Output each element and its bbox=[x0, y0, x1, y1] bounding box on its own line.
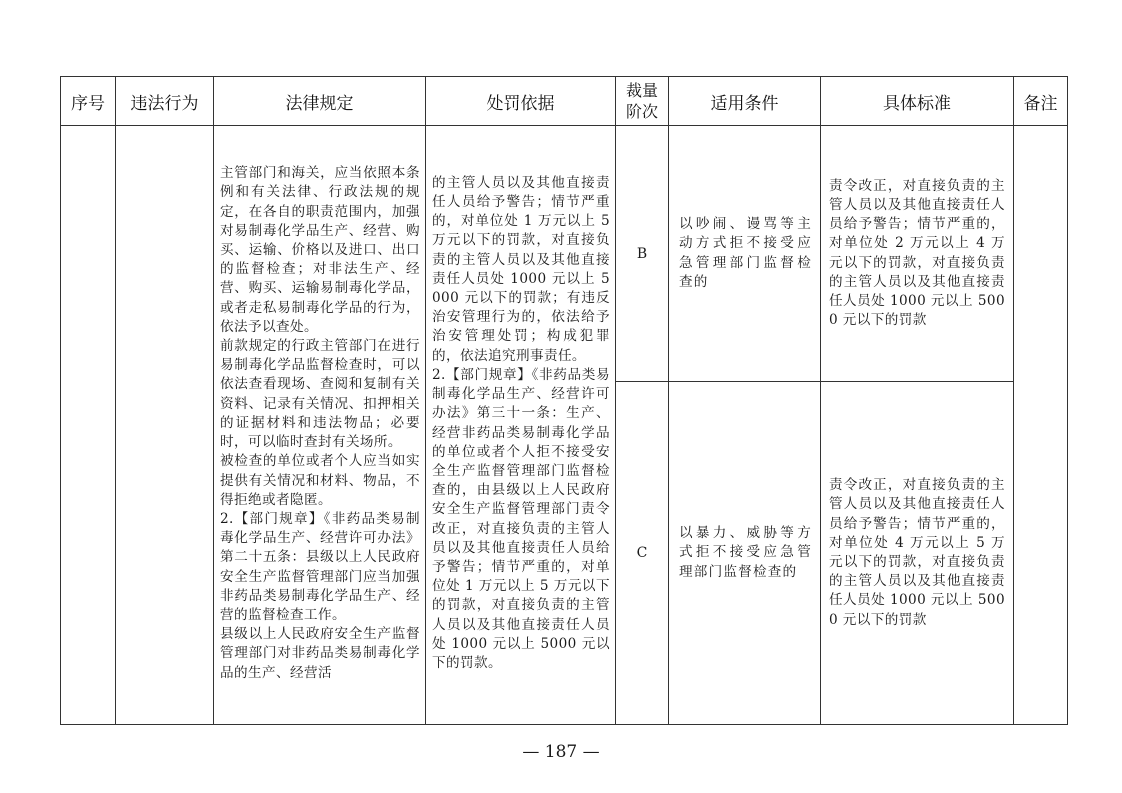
cell-standard-b: 责令改正，对直接负责的主管人员以及其他直接责任人员给予警告；情节严重的，对单位处… bbox=[821, 126, 1014, 382]
header-discretion-level: 裁量阶次 bbox=[616, 77, 669, 126]
cell-violation bbox=[116, 126, 214, 725]
cell-legal-provision: 主管部门和海关，应当依照本条例和有关法律、行政法规的规定，在各自的职责范围内，加… bbox=[214, 126, 426, 725]
cell-standard-c: 责令改正，对直接负责的主管人员以及其他直接责任人员给予警告；情节严重的，对单位处… bbox=[821, 382, 1014, 725]
condition-c-text: 以暴力、威胁等方式拒不接受应急管理部门监督检查的 bbox=[669, 524, 820, 582]
legal-provision-text: 主管部门和海关，应当依照本条例和有关法律、行政法规的规定，在各自的职责范围内，加… bbox=[214, 164, 425, 682]
penalty-discretion-table: 序号 违法行为 法律规定 处罚依据 裁量阶次 适用条件 具体标准 备注 主管部门… bbox=[60, 76, 1068, 725]
condition-b-text: 以吵闹、谩骂等主动方式拒不接受应急管理部门监督检查的 bbox=[669, 215, 820, 292]
standard-b-text: 责令改正，对直接负责的主管人员以及其他直接责任人员给予警告；情节严重的，对单位处… bbox=[821, 177, 1013, 331]
cell-condition-c: 以暴力、威胁等方式拒不接受应急管理部门监督检查的 bbox=[669, 382, 821, 725]
header-applicable-conditions: 适用条件 bbox=[669, 77, 821, 126]
standard-c-text: 责令改正，对直接负责的主管人员以及其他直接责任人员给予警告；情节严重的，对单位处… bbox=[821, 476, 1013, 630]
header-seq: 序号 bbox=[61, 77, 116, 126]
page-number: — 187 — bbox=[0, 742, 1122, 762]
cell-seq bbox=[61, 126, 116, 725]
header-specific-standard: 具体标准 bbox=[821, 77, 1014, 126]
header-violation: 违法行为 bbox=[116, 77, 214, 126]
cell-level-b: B bbox=[616, 126, 669, 382]
header-penalty-basis: 处罚依据 bbox=[426, 77, 616, 126]
cell-level-c: C bbox=[616, 382, 669, 725]
penalty-basis-text: 的主管人员以及其他直接责任人员给予警告；情节严重的，对单位处 1 万元以上 5 … bbox=[426, 174, 615, 673]
table-header-row: 序号 违法行为 法律规定 处罚依据 裁量阶次 适用条件 具体标准 备注 bbox=[61, 77, 1068, 126]
header-remarks: 备注 bbox=[1014, 77, 1068, 126]
cell-remarks bbox=[1014, 126, 1068, 725]
table-row-level-b: 主管部门和海关，应当依照本条例和有关法律、行政法规的规定，在各自的职责范围内，加… bbox=[61, 126, 1068, 382]
cell-condition-b: 以吵闹、谩骂等主动方式拒不接受应急管理部门监督检查的 bbox=[669, 126, 821, 382]
cell-penalty-basis: 的主管人员以及其他直接责任人员给予警告；情节严重的，对单位处 1 万元以上 5 … bbox=[426, 126, 616, 725]
header-legal-provision: 法律规定 bbox=[214, 77, 426, 126]
